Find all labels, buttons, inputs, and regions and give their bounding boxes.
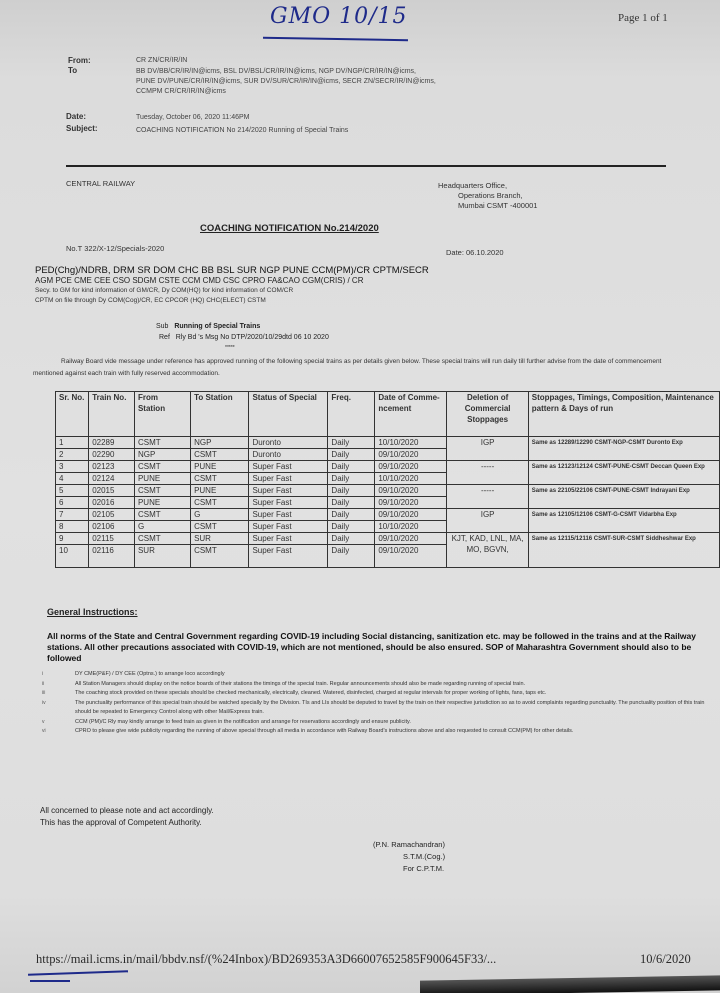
cell-from: PUNE xyxy=(134,497,190,509)
cell-freq: Daily xyxy=(328,509,375,521)
cell-sr: 4 xyxy=(56,473,89,485)
sub-text: Running of Special Trains xyxy=(174,323,260,330)
cell-sr: 8 xyxy=(56,521,89,533)
cell-date: 09/10/2020 xyxy=(375,509,447,521)
closing-note: All concerned to please note and act acc… xyxy=(40,805,214,829)
date-label: Date: xyxy=(66,112,86,121)
col-header: Deletion of Commercial Stoppages xyxy=(447,392,528,437)
col-header: Status of Special xyxy=(249,392,328,437)
cell-to: CSMT xyxy=(191,449,249,461)
signatory-name: (P.N. Ramachandran) xyxy=(373,839,445,851)
cell-status: Duronto xyxy=(249,437,328,449)
col-header: Train No. xyxy=(89,392,135,437)
cell-remarks: Same as 12289/12290 CSMT-NGP-CSMT Duront… xyxy=(528,437,719,461)
cell-sr: 9 xyxy=(56,533,89,545)
instruction-text: The coaching stock provided on these spe… xyxy=(75,689,710,699)
cell-status: Super Fast xyxy=(249,485,328,497)
instruction-text: DY CME(P&F) / DY CEE (Optns.) to arrange… xyxy=(75,670,710,680)
instruction-number: iv xyxy=(40,699,75,718)
cell-from: SUR xyxy=(134,545,190,568)
instruction-item: viCPRO to please give wide publicity reg… xyxy=(40,727,710,737)
org-address: Headquarters Office, Operations Branch, … xyxy=(438,181,537,211)
cell-date: 09/10/2020 xyxy=(375,545,447,568)
cell-deletion: ----- xyxy=(447,485,528,509)
cell-train: 02123 xyxy=(89,461,135,473)
cell-date: 09/10/2020 xyxy=(375,461,447,473)
distribution-line: CPTM on file through Dy COM(Cog)/CR, EC … xyxy=(35,296,505,306)
instruction-number: vi xyxy=(40,727,75,737)
from-value: CR ZN/CR/IR/IN xyxy=(136,56,187,66)
cell-date: 10/10/2020 xyxy=(375,521,447,533)
address-line: Mumbai CSMT -400001 xyxy=(438,201,537,211)
cell-from: CSMT xyxy=(134,533,190,545)
cell-sr: 7 xyxy=(56,509,89,521)
cell-deletion: IGP xyxy=(447,509,528,533)
cell-date: 10/10/2020 xyxy=(375,473,447,485)
distribution-line: Secy. to GM for kind information of GM/C… xyxy=(35,286,505,296)
closing-line: This has the approval of Competent Autho… xyxy=(40,817,214,829)
cell-deletion: ----- xyxy=(447,461,528,485)
to-line: CCMPM CR/CR/IR/IN@icms xyxy=(136,87,436,97)
signatory-for: For C.P.T.M. xyxy=(373,863,445,875)
cell-status: Super Fast xyxy=(249,509,328,521)
cell-sr: 5 xyxy=(56,485,89,497)
table-row: 702105CSMTGSuper FastDaily09/10/2020IGPS… xyxy=(56,509,720,521)
cell-sr: 10 xyxy=(56,545,89,568)
footer-url: https://mail.icms.in/mail/bbdv.nsf/(%24I… xyxy=(36,952,496,967)
handwritten-underline xyxy=(28,970,128,975)
cell-remarks: Same as 12115/12116 CSMT-SUR-CSMT Siddhe… xyxy=(528,533,719,568)
table-header-row: Sr. No. Train No. From Station To Statio… xyxy=(56,392,720,437)
cell-freq: Daily xyxy=(328,473,375,485)
cell-deletion: KJT, KAD, LNL, MA, MO, BGVN, xyxy=(447,533,528,568)
cell-from: G xyxy=(134,521,190,533)
footer-date: 10/6/2020 xyxy=(640,952,691,967)
cell-freq: Daily xyxy=(328,533,375,545)
cell-remarks: Same as 12123/12124 CSMT-PUNE-CSMT Decca… xyxy=(528,461,719,485)
col-header: Sr. No. xyxy=(56,392,89,437)
cell-sr: 1 xyxy=(56,437,89,449)
table-row: 902115CSMTSURSuper FastDaily09/10/2020KJ… xyxy=(56,533,720,545)
cell-sr: 6 xyxy=(56,497,89,509)
distribution-line: PED(Chg)/NDRB, DRM SR DOM CHC BB BSL SUR… xyxy=(35,266,505,276)
signature-block: (P.N. Ramachandran) S.T.M.(Cog.) For C.P… xyxy=(373,839,445,875)
cell-status: Super Fast xyxy=(249,533,328,545)
cell-status: Super Fast xyxy=(249,461,328,473)
cell-to: PUNE xyxy=(191,485,249,497)
notification-title: COACHING NOTIFICATION No.214/2020 xyxy=(200,223,379,234)
cell-train: 02016 xyxy=(89,497,135,509)
to-line: BB DV/BB/CR/IR/IN@icms, BSL DV/BSL/CR/IR… xyxy=(136,67,436,77)
cell-from: CSMT xyxy=(134,437,190,449)
org-name: CENTRAL RAILWAY xyxy=(66,179,135,188)
instruction-item: vCCM (PM)/C Rly may kindly arrange to fe… xyxy=(40,718,710,728)
instruction-number: i xyxy=(40,670,75,680)
cell-freq: Daily xyxy=(328,437,375,449)
to-recipients: BB DV/BB/CR/IR/IN@icms, BSL DV/BSL/CR/IR… xyxy=(136,67,436,97)
cell-status: Super Fast xyxy=(249,473,328,485)
cell-remarks: Same as 12105/12106 CSMT-G-CSMT Vidarbha… xyxy=(528,509,719,533)
instruction-item: ivThe punctuality performance of this sp… xyxy=(40,699,710,718)
cell-status: Super Fast xyxy=(249,521,328,533)
cell-remarks: Same as 22105/22106 CSMT-PUNE-CSMT Indra… xyxy=(528,485,719,509)
reference-number: No.T 322/X-12/Specials-2020 xyxy=(66,244,164,253)
from-label: From: xyxy=(68,56,91,65)
cell-freq: Daily xyxy=(328,485,375,497)
cell-train: 02106 xyxy=(89,521,135,533)
to-line: PUNE DV/PUNE/CR/IR/IN@icms, SUR DV/SUR/C… xyxy=(136,77,436,87)
subject-label: Subject: xyxy=(66,124,98,133)
photo-shadow xyxy=(420,975,720,993)
handwritten-mark xyxy=(30,980,70,993)
signatory-title: S.T.M.(Cog.) xyxy=(373,851,445,863)
address-line: Headquarters Office, xyxy=(438,181,537,191)
cell-from: NGP xyxy=(134,449,190,461)
header-divider xyxy=(66,165,666,167)
instruction-number: iii xyxy=(40,689,75,699)
cell-date: 10/10/2020 xyxy=(375,437,447,449)
cell-train: 02105 xyxy=(89,509,135,521)
cell-to: CSMT xyxy=(191,497,249,509)
col-header: Freq. xyxy=(328,392,375,437)
instruction-text: All Station Managers should display on t… xyxy=(75,680,710,690)
general-instructions-title: General Instructions: xyxy=(47,607,138,617)
cell-date: 09/10/2020 xyxy=(375,485,447,497)
ref-label: Ref xyxy=(159,334,170,341)
cell-to: CSMT xyxy=(191,521,249,533)
instruction-number: v xyxy=(40,718,75,728)
cell-train: 02290 xyxy=(89,449,135,461)
cell-date: 09/10/2020 xyxy=(375,533,447,545)
instruction-number: ii xyxy=(40,680,75,690)
cell-train: 02289 xyxy=(89,437,135,449)
distribution-line: AGM PCE CME CEE CSO SDGM CSTE CCM CMD CS… xyxy=(35,276,505,286)
cell-from: CSMT xyxy=(134,485,190,497)
col-header: Stoppages, Timings, Composition, Mainten… xyxy=(528,392,719,437)
cell-train: 02124 xyxy=(89,473,135,485)
subject-line: Sub Running of Special Trains xyxy=(156,323,260,330)
cell-freq: Daily xyxy=(328,497,375,509)
handwritten-annotation: GMO 10/15 xyxy=(270,4,408,29)
instruction-text: CCM (PM)/C Rly may kindly arrange to fee… xyxy=(75,718,710,728)
cell-date: 09/10/2020 xyxy=(375,497,447,509)
col-header: From Station xyxy=(134,392,190,437)
cell-freq: Daily xyxy=(328,521,375,533)
cell-to: SUR xyxy=(191,533,249,545)
instruction-text: CPRO to please give wide publicity regar… xyxy=(75,727,710,737)
cell-from: CSMT xyxy=(134,461,190,473)
date-value: Tuesday, October 06, 2020 11:46PM xyxy=(136,113,250,123)
col-header: To Station xyxy=(191,392,249,437)
instruction-item: iiAll Station Managers should display on… xyxy=(40,680,710,690)
table-row: 102289CSMTNGPDurontoDaily10/10/2020IGPSa… xyxy=(56,437,720,449)
closing-line: All concerned to please note and act acc… xyxy=(40,805,214,817)
cell-train: 02115 xyxy=(89,533,135,545)
special-trains-table: Sr. No. Train No. From Station To Statio… xyxy=(55,391,720,568)
instruction-text: The punctuality performance of this spec… xyxy=(75,699,710,718)
cell-to: G xyxy=(191,509,249,521)
cell-sr: 2 xyxy=(56,449,89,461)
to-label: To xyxy=(68,66,77,75)
cell-train: 02116 xyxy=(89,545,135,568)
cell-from: PUNE xyxy=(134,473,190,485)
cell-to: CSMT xyxy=(191,473,249,485)
distribution-list: PED(Chg)/NDRB, DRM SR DOM CHC BB BSL SUR… xyxy=(35,266,505,306)
instruction-item: iiiThe coaching stock provided on these … xyxy=(40,689,710,699)
cell-freq: Daily xyxy=(328,461,375,473)
table-row: 502015CSMTPUNESuper FastDaily09/10/2020-… xyxy=(56,485,720,497)
reference-line: Ref Rly Bd 's Msg No DTP/2020/10/29dtd 0… xyxy=(159,334,329,341)
cell-freq: Daily xyxy=(328,545,375,568)
sub-label: Sub xyxy=(156,323,168,330)
cell-status: Duronto xyxy=(249,449,328,461)
cell-status: Super Fast xyxy=(249,497,328,509)
cell-sr: 3 xyxy=(56,461,89,473)
notification-date: Date: 06.10.2020 xyxy=(446,248,504,257)
subject-value: COACHING NOTIFICATION No 214/2020 Runnin… xyxy=(136,126,348,136)
ref-text: Rly Bd 's Msg No DTP/2020/10/29dtd 06 10… xyxy=(176,334,329,341)
address-line: Operations Branch, xyxy=(438,191,537,201)
cell-to: CSMT xyxy=(191,545,249,568)
cell-freq: Daily xyxy=(328,449,375,461)
cell-deletion: IGP xyxy=(447,437,528,461)
page-indicator: Page 1 of 1 xyxy=(618,12,668,24)
cell-date: 09/10/2020 xyxy=(375,449,447,461)
col-header: Date of Comme-ncement xyxy=(375,392,447,437)
cell-from: CSMT xyxy=(134,509,190,521)
table-row: 302123CSMTPUNESuper FastDaily09/10/2020-… xyxy=(56,461,720,473)
cell-to: PUNE xyxy=(191,461,249,473)
instruction-item: iDY CME(P&F) / DY CEE (Optns.) to arrang… xyxy=(40,670,710,680)
instruction-list: iDY CME(P&F) / DY CEE (Optns.) to arrang… xyxy=(40,670,710,737)
cell-status: Super Fast xyxy=(249,545,328,568)
cell-to: NGP xyxy=(191,437,249,449)
intro-paragraph: Railway Board vide message under referen… xyxy=(33,356,678,380)
cell-train: 02015 xyxy=(89,485,135,497)
separator: ***** xyxy=(225,345,235,351)
handwritten-underline xyxy=(263,37,408,42)
general-instructions-main: All norms of the State and Central Gover… xyxy=(47,631,707,664)
